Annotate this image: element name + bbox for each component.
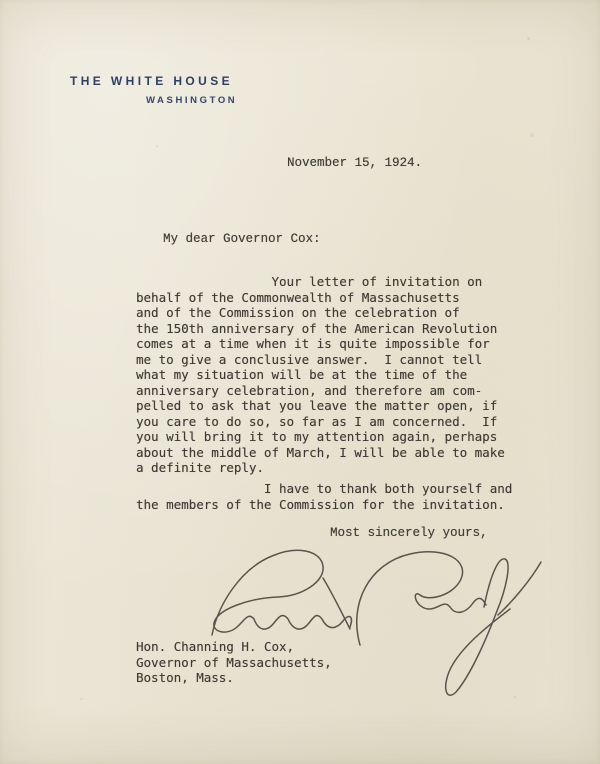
letterhead-subtitle: WASHINGTON — [146, 95, 237, 106]
letter-page: THE WHITE HOUSE WASHINGTON November 15, … — [0, 0, 600, 764]
salutation: My dear Governor Cox: — [163, 232, 321, 248]
letterhead-title: THE WHITE HOUSE — [70, 74, 233, 88]
body-paragraph-2: I have to thank both yourself and the me… — [136, 481, 512, 512]
date-line: November 15, 1924. — [287, 156, 422, 172]
body-paragraph-1: Your letter of invitation on behalf of t… — [136, 274, 505, 476]
paper-speck — [156, 145, 158, 147]
complimentary-close: Most sincerely yours, — [330, 526, 488, 542]
recipient-address-block: Hon. Channing H. Cox, Governor of Massac… — [136, 639, 332, 686]
paper-speck — [80, 698, 83, 700]
paper-speck — [530, 133, 534, 137]
paper-speck — [527, 37, 530, 40]
